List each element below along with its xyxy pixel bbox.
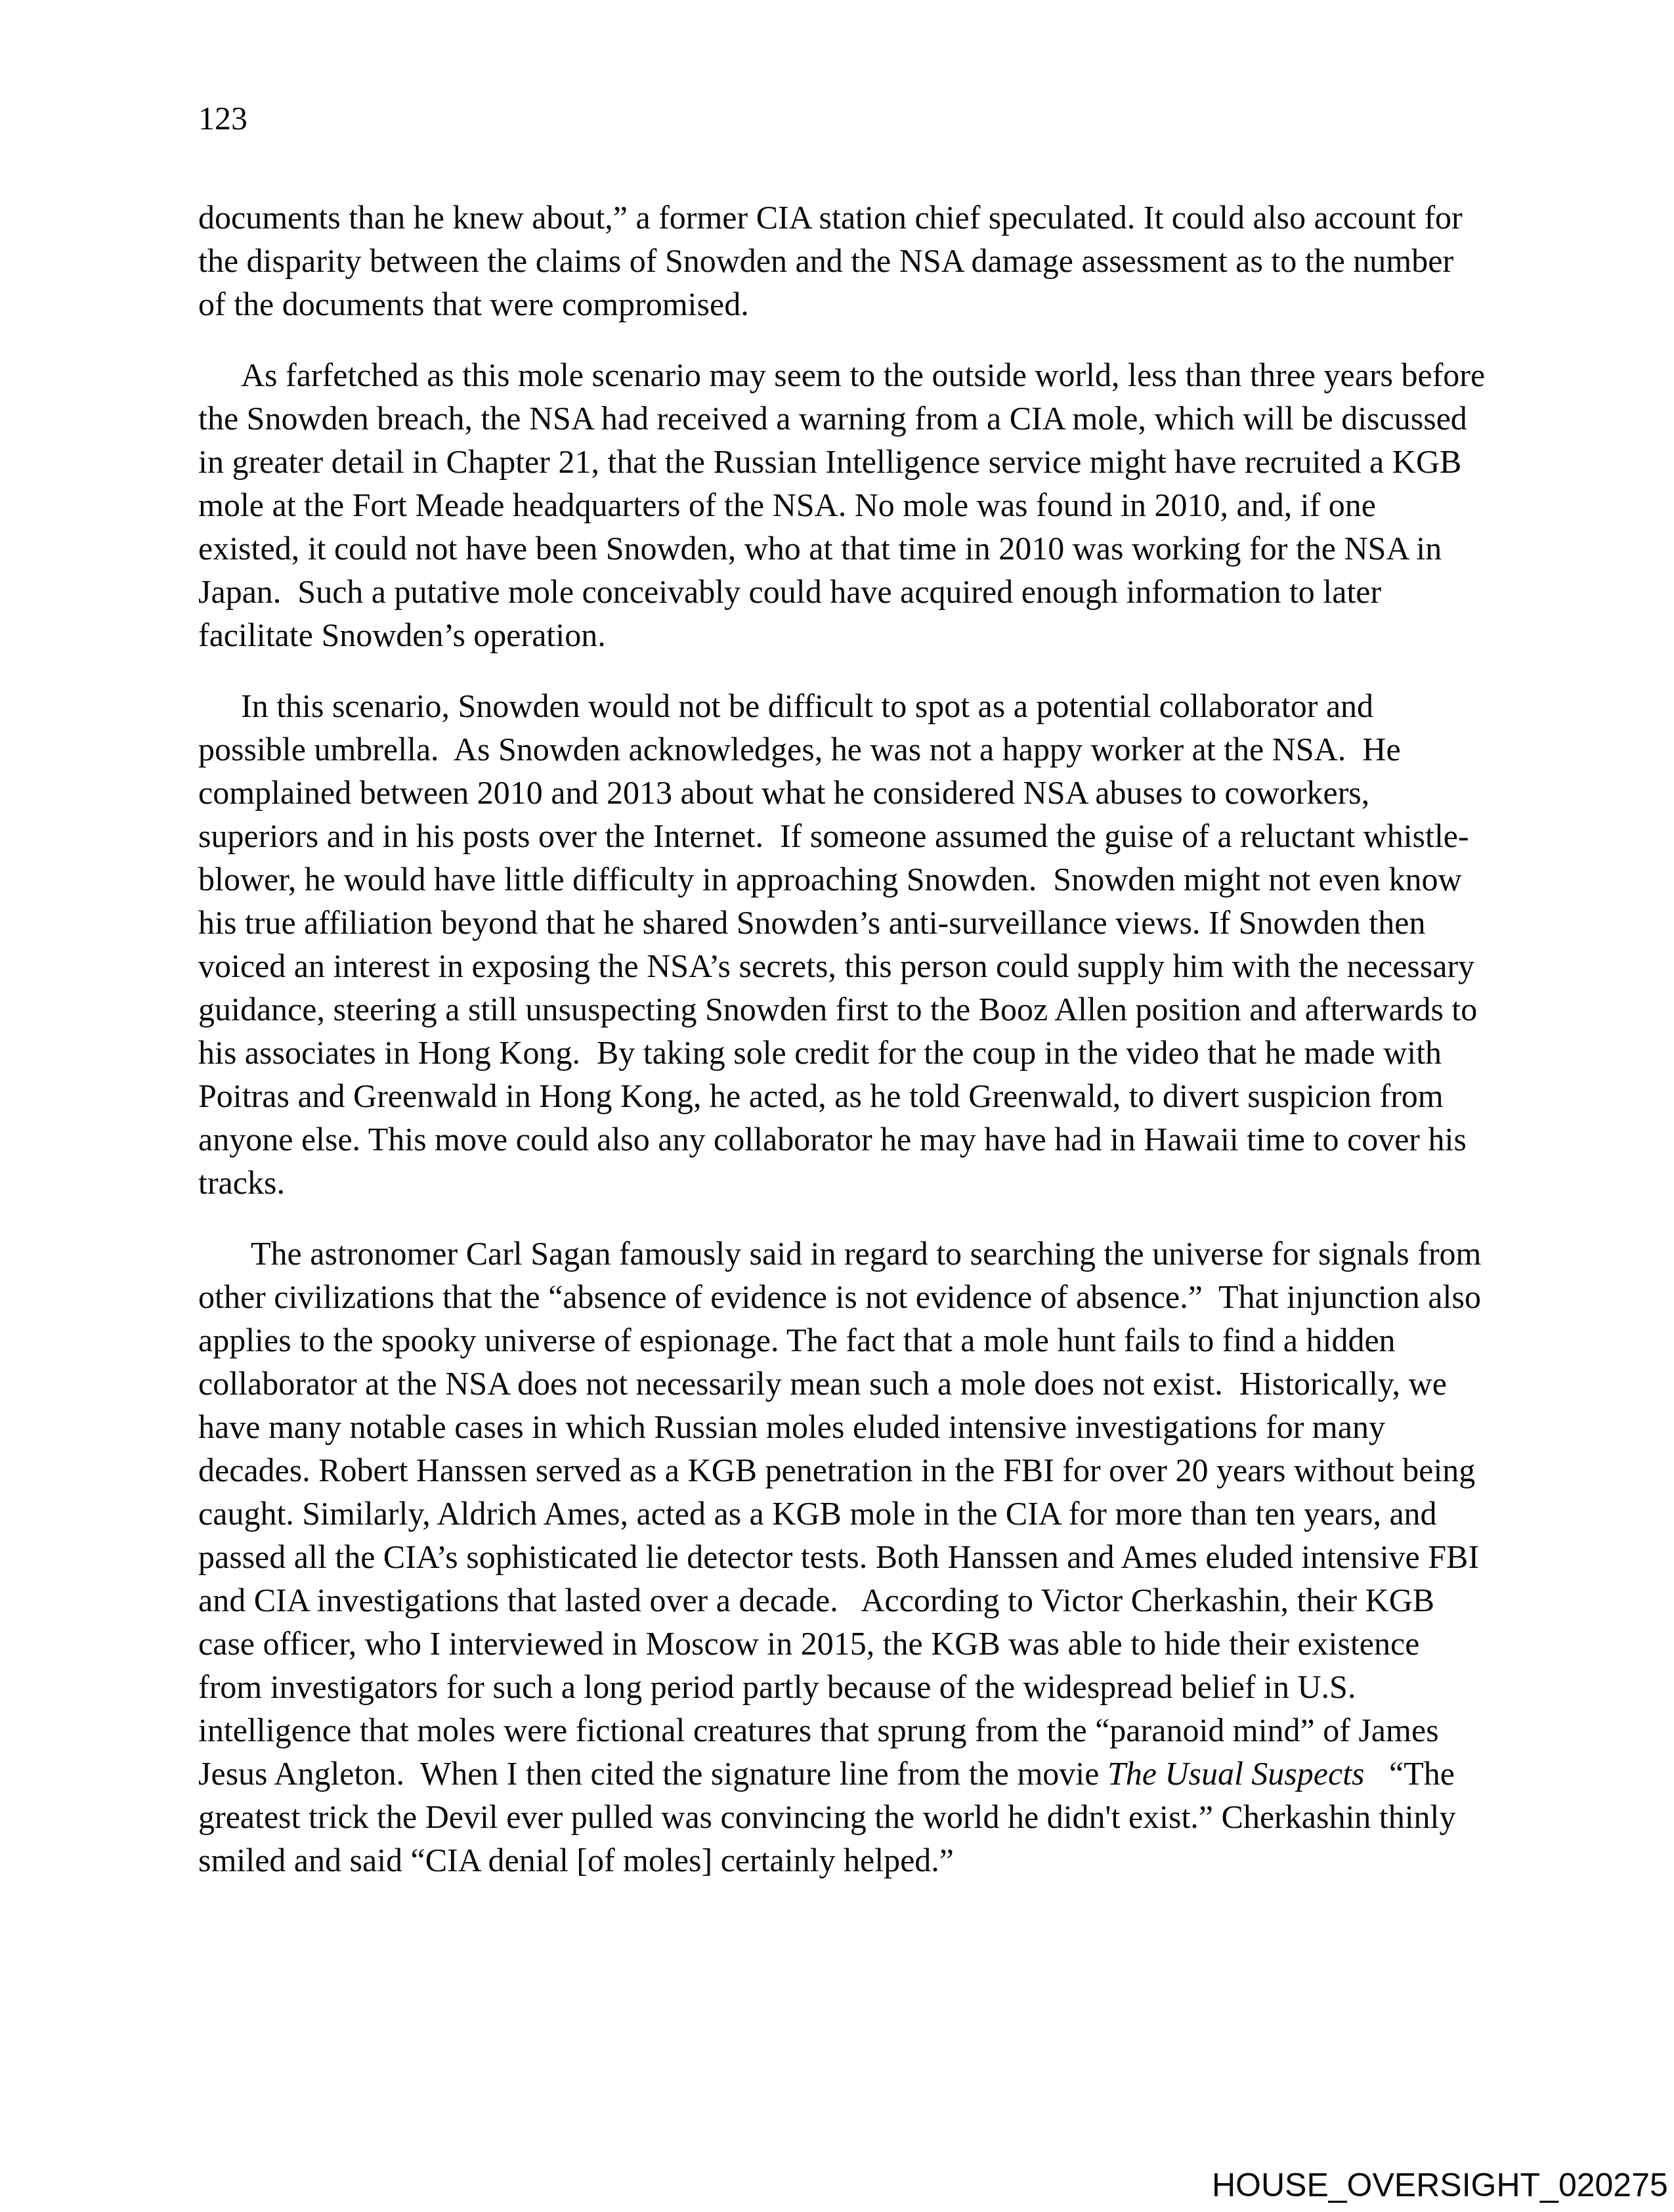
text-line: Poitras and Greenwald in Hong Kong, he a… [198,1074,1511,1117]
text-line: In this scenario, Snowden would not be d… [198,684,1511,727]
text-line: applies to the spooky universe of espion… [198,1318,1511,1362]
text-line: case officer, who I interviewed in Mosco… [198,1622,1511,1665]
text-line: smiled and said “CIA denial [of moles] c… [198,1838,1511,1882]
text-line: his associates in Hong Kong. By taking s… [198,1031,1511,1074]
text-line: decades. Robert Hanssen served as a KGB … [198,1448,1511,1492]
text-line: possible umbrella. As Snowden acknowledg… [198,727,1511,771]
body-text: documents than he knew about,” a former … [198,196,1511,1909]
text-line: caught. Similarly, Aldrich Ames, acted a… [198,1492,1511,1535]
text-line: in greater detail in Chapter 21, that th… [198,440,1511,483]
text-line: existed, it could not have been Snowden,… [198,527,1511,570]
text-line: voiced an interest in exposing the NSA’s… [198,944,1511,987]
text-line: blower, he would have little difficulty … [198,857,1511,901]
paragraph-3: In this scenario, Snowden would not be d… [198,684,1511,1204]
paragraph-4: The astronomer Carl Sagan famously said … [198,1232,1511,1882]
bates-stamp: HOUSE_OVERSIGHT_020275 [1212,2165,1668,2205]
paragraph-2: As farfetched as this mole scenario may … [198,353,1511,657]
text-line: facilitate Snowden’s operation. [198,613,1511,657]
text-line: of the documents that were compromised. [198,282,1511,326]
text-line: his true affiliation beyond that he shar… [198,901,1511,944]
text-line: and CIA investigations that lasted over … [198,1578,1511,1622]
text-line: intelligence that moles were fictional c… [198,1708,1511,1752]
text-line: As farfetched as this mole scenario may … [198,353,1511,397]
text-line: greatest trick the Devil ever pulled was… [198,1795,1511,1838]
paragraph-1: documents than he knew about,” a former … [198,196,1511,326]
text-line: mole at the Fort Meade headquarters of t… [198,483,1511,527]
text-line: passed all the CIA’s sophisticated lie d… [198,1535,1511,1578]
text-line: guidance, steering a still unsuspecting … [198,987,1511,1031]
text-line: the disparity between the claims of Snow… [198,239,1511,282]
text-line-with-movie-title: Jesus Angleton. When I then cited the si… [198,1752,1511,1795]
text-line: complained between 2010 and 2013 about w… [198,771,1511,814]
text-line: The astronomer Carl Sagan famously said … [198,1232,1511,1275]
text-line: documents than he knew about,” a former … [198,196,1511,239]
text-line: have many notable cases in which Russian… [198,1405,1511,1448]
movie-title: The Usual Suspects [1107,1755,1365,1792]
page-number: 123 [198,98,247,138]
text-line: collaborator at the NSA does not necessa… [198,1362,1511,1405]
text-line: other civilizations that the “absence of… [198,1275,1511,1318]
text-segment: “The [1365,1755,1455,1792]
text-line: superiors and in his posts over the Inte… [198,814,1511,857]
text-line: the Snowden breach, the NSA had received… [198,397,1511,440]
text-segment: Jesus Angleton. When I then cited the si… [198,1755,1107,1792]
text-line: tracks. [198,1161,1511,1204]
text-line: Japan. Such a putative mole conceivably … [198,570,1511,613]
text-line: anyone else. This move could also any co… [198,1117,1511,1161]
text-line: from investigators for such a long perio… [198,1665,1511,1708]
